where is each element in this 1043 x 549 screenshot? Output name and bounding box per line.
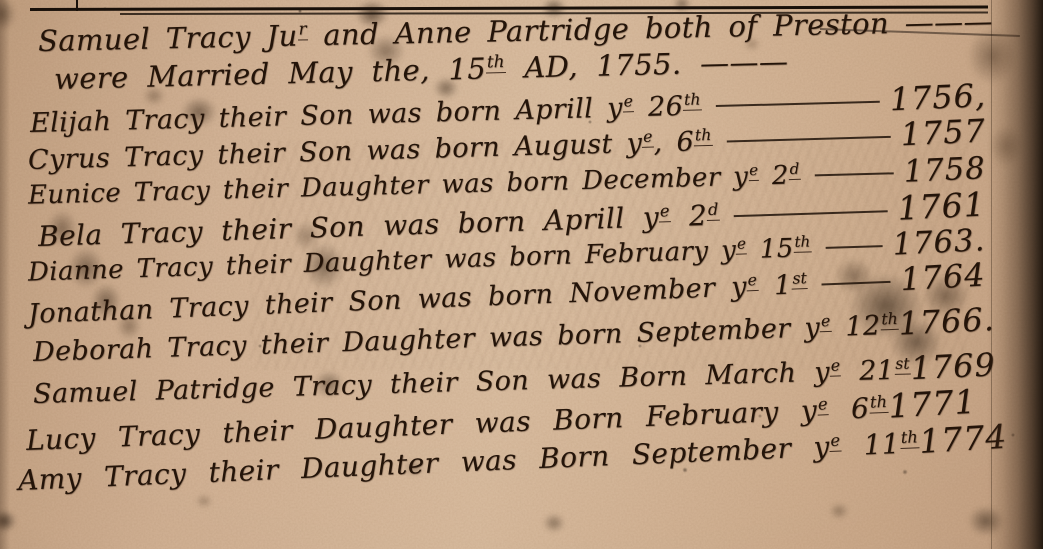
year-value: 1764 (899, 256, 986, 299)
year-value: 1774 (918, 417, 1008, 461)
year-value: 1761 (897, 184, 987, 227)
header-tick-mark (76, 0, 78, 11)
year-value: 1766. (898, 300, 996, 343)
dash-leader (726, 136, 890, 143)
page-edge-left (0, 0, 10, 549)
year-value: 1769 (910, 345, 997, 387)
dash-leader (716, 101, 880, 107)
page-edge-right (987, 0, 1043, 549)
dash-leader (734, 210, 888, 217)
dash-leader (825, 245, 882, 249)
manuscript-page: Samuel Tracy Jur and Anne Partridge both… (0, 0, 1043, 549)
dash-leader (814, 172, 893, 176)
year-value: 1757 (900, 112, 987, 154)
dash-leader (822, 281, 890, 286)
